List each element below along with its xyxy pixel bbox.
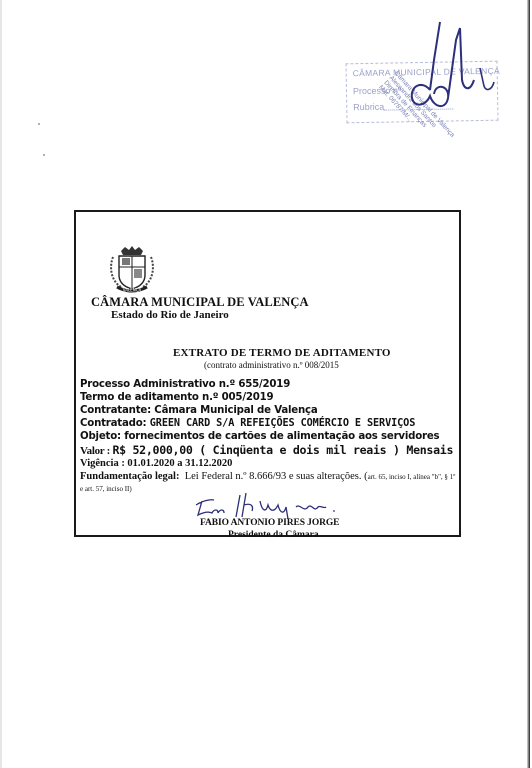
document-title: EXTRATO DE TERMO DE ADITAMENTO xyxy=(173,347,391,359)
scan-edge-left xyxy=(0,0,2,768)
handwritten-initials xyxy=(400,20,500,130)
fundamentacao-text: Lei Federal n.º 8.666/93 e suas alteraçõ… xyxy=(185,471,368,482)
field-processo: Processo Administrativo n.º 655/2019 xyxy=(80,379,290,390)
scan-speck xyxy=(43,154,45,156)
organization-state: Estado do Rio de Janeiro xyxy=(111,309,229,321)
field-label: Contratado: xyxy=(80,418,150,429)
field-label: Contratante: xyxy=(80,405,154,416)
document-subtitle: (contrato administrativo n.º 008/2015 xyxy=(204,360,339,370)
field-label: Objeto: xyxy=(80,431,124,442)
field-value: 655/2019 xyxy=(238,379,290,390)
valor-words: ( Cinqüenta e dois mil reais ) xyxy=(199,443,399,457)
valor-label: Valor : xyxy=(80,445,112,457)
scan-edge-right xyxy=(527,0,530,768)
field-vigencia: Vigência : 01.01.2020 a 31.12.2020 xyxy=(80,458,232,469)
field-value: Câmara Municipal de Valença xyxy=(154,405,317,416)
signer-role: Presidente da Câmara xyxy=(228,530,319,540)
field-label: Termo de aditamento n.º xyxy=(80,392,222,403)
organization-name: CÂMARA MUNICIPAL DE VALENÇA xyxy=(91,295,309,310)
signer-name: FABIO ANTONIO PIRES JORGE xyxy=(200,518,339,528)
signature xyxy=(188,491,348,521)
field-value: fornecimentos de cartões de alimentação … xyxy=(124,431,439,442)
field-termo: Termo de aditamento n.º 005/2019 xyxy=(80,392,273,403)
field-contratado: Contratado: GREEN CARD S/A REFEIÇÕES COM… xyxy=(80,418,415,429)
fundamentacao-label: Fundamentação legal: xyxy=(80,471,179,482)
field-objeto: Objeto: fornecimentos de cartões de alim… xyxy=(80,431,439,442)
crest-icon: VALENÇA xyxy=(107,245,157,293)
svg-text:VALENÇA: VALENÇA xyxy=(123,288,142,293)
valor-period: Mensais xyxy=(406,443,453,457)
scan-speck xyxy=(38,123,40,125)
field-label: Processo Administrativo n.º xyxy=(80,379,238,390)
field-valor: Valor : R$ 52,000,00 ( Cinqüenta e dois … xyxy=(80,443,453,457)
stamp-rubric-label: Rubrica xyxy=(353,102,384,113)
field-value: GREEN CARD S/A REFEIÇÕES COMÉRCIO E SERV… xyxy=(150,418,415,429)
field-value: 005/2019 xyxy=(222,392,274,403)
field-contratante: Contratante: Câmara Municipal de Valença xyxy=(80,405,318,416)
valor-amount: R$ 52,000,00 xyxy=(112,443,192,457)
